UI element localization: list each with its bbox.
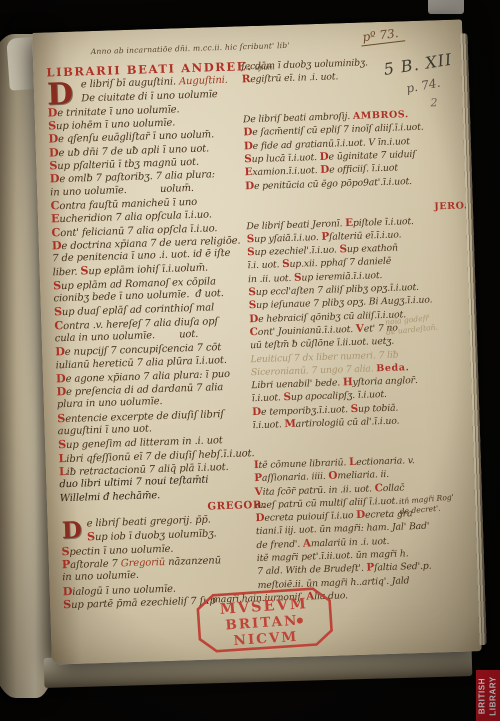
text-segment: ſaltia Sed'.p. — [374, 561, 432, 574]
text-segment: up lucā ī.i.uot. — [251, 152, 319, 165]
incipit-line: Anno ab incarnatiōe dn̄i. m.cc.ii. hic ſ… — [91, 41, 290, 56]
text-segment: e officiiſ. ī.i.uot — [329, 163, 398, 176]
british-library-label-text: BRITISH LIBRARY — [476, 670, 500, 721]
text-segment: AMBROS. — [353, 109, 409, 122]
text-segment: D — [244, 140, 253, 152]
text-segment: D — [243, 127, 252, 139]
text-segment: piſtole ī.i.uot. — [353, 216, 414, 229]
text-segment: ī.i.uot. — [252, 419, 284, 431]
british-library-label-line2: LIBRARY — [487, 670, 498, 721]
left-column: LIBRARII BEATI ANDREE. ujiun.De libriſ b… — [46, 60, 269, 611]
folio-number: 2 — [430, 96, 437, 109]
text-segment: up yſaiā.ī.i.uo. — [254, 232, 322, 245]
text-segment: D — [255, 512, 264, 524]
text-segment: D — [50, 172, 60, 186]
top-edge-tab — [428, 0, 464, 14]
text-segment: ī.i.uot. — [252, 393, 284, 405]
text-segment: D — [252, 406, 261, 418]
text-segment: D — [47, 105, 57, 119]
text-segment: yſtoria anglor̄. — [352, 375, 417, 388]
text-segment: meliaria. ii. — [337, 469, 389, 482]
text-segment: D — [55, 344, 65, 358]
text-segment: de frend'. — [256, 538, 303, 550]
text-segment: ī.i. uot. — [247, 260, 282, 272]
text-segment: D — [245, 180, 254, 192]
text-segment: Auguſtini. — [179, 75, 228, 88]
text-segment: malariū in .i. uot. — [311, 536, 390, 549]
manuscript-page: Anno ab incarnatiōe dn̄i. m.cc.ii. hic ſ… — [32, 19, 482, 664]
text-segment: e ūginitate 7 uiduiſ — [328, 149, 415, 163]
text-segment: D — [52, 238, 62, 252]
museum-britannicum-stamp: MVSEVM BRITAN NICVM — [194, 585, 336, 654]
manuscript-photo: Anno ab incarnatiōe dn̄i. m.cc.ii. hic ſ… — [0, 0, 500, 721]
text-segment: ſalteriū eī.ī.i.uo. — [329, 229, 402, 242]
text-segment: D — [249, 313, 258, 325]
text-segment: JERO. — [434, 201, 468, 213]
old-folio-annotation: pº 73. — [360, 25, 406, 46]
text-segment: in uno uolumīe. — [62, 570, 139, 583]
text-segment: D — [56, 384, 66, 398]
text-segment: D — [49, 145, 59, 159]
text-segment: aſſionaria. iiii. — [262, 471, 329, 484]
text-segment: M — [284, 418, 296, 430]
text-segment: D — [62, 584, 72, 598]
text-segment: xamion.ī.i.uot. — [252, 165, 320, 178]
text-segment: D — [356, 509, 365, 521]
text-segment: up tobiā. — [358, 402, 399, 414]
text-segment: up exathon̄ — [347, 243, 398, 256]
text-segment: Beda. — [376, 362, 409, 374]
text-segment: C — [51, 225, 60, 239]
text-segment: R — [242, 73, 251, 85]
text-segment: up ezechiel'.ī.i.uo. — [254, 245, 339, 259]
text-segment: D — [48, 132, 58, 146]
right-column: ſecdām ī duobʒ uoluminibʒ.Regiſtrū eī. i… — [241, 53, 480, 605]
text-segment: C — [50, 198, 59, 212]
text-segment: ectionaria. v. — [356, 455, 415, 468]
text-segment: in .ii. uot. — [248, 273, 294, 285]
text-segment: ollac̄ — [383, 482, 405, 494]
british-library-label-line1: BRITISH — [476, 670, 487, 721]
text-segment: C — [54, 318, 63, 332]
british-library-label: BRITISH LIBRARY — [476, 670, 500, 721]
text-segment: D — [56, 371, 66, 385]
text-segment: up ieremiā.ī.i.uot. — [301, 270, 382, 284]
